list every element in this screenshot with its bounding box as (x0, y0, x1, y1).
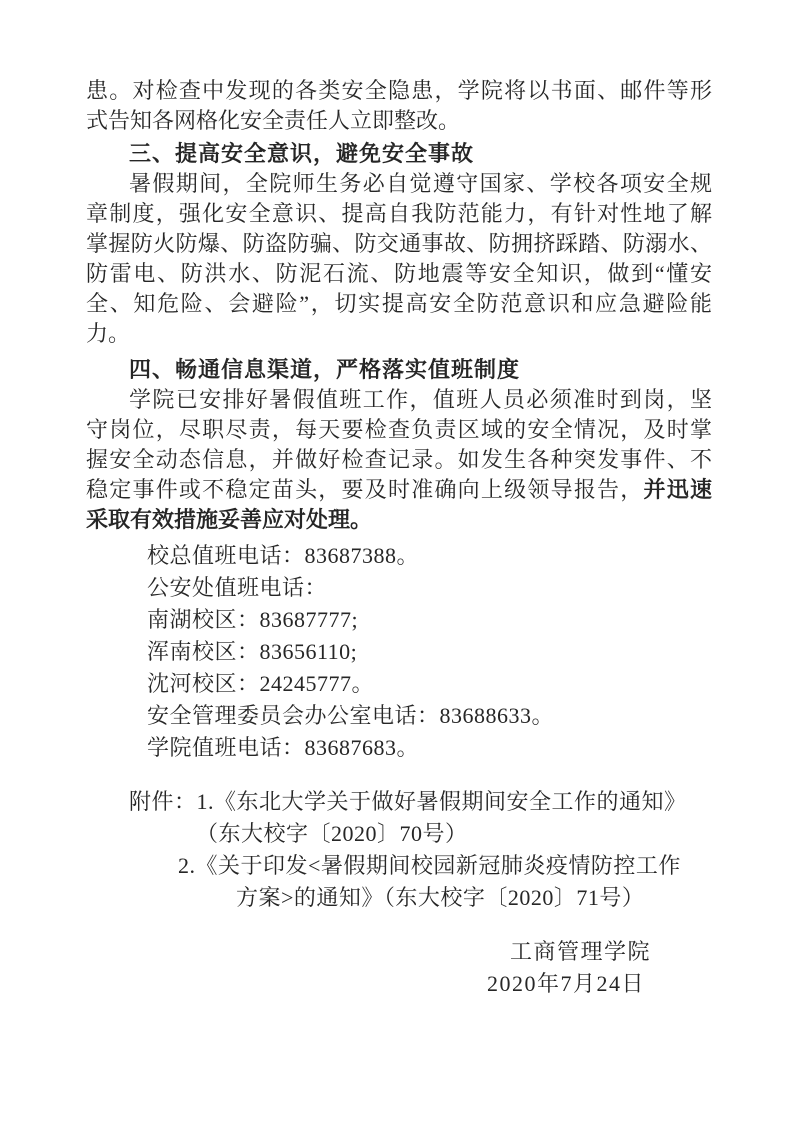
contact-line-hunnan: 浑南校区：83656110; (86, 636, 712, 668)
signature-date: 2020年7月24日 (86, 968, 712, 1000)
signature-block: 工商管理学院 2020年7月24日 (86, 936, 712, 1000)
paragraph-line: 握安全动态信息，并做好检查记录。如发生各种突发事件、不 (86, 445, 712, 475)
paragraph-line: 稳定事件或不稳定苗头，要及时准确向上级领导报告，并迅速 (86, 475, 712, 505)
contact-line-security-office: 公安处值班电话： (86, 572, 712, 604)
paragraph-text: 稳定事件或不稳定苗头，要及时准确向上级领导报告， (86, 477, 644, 502)
contact-line-shenhe: 沈河校区：24245777。 (86, 668, 712, 700)
paragraph-line: 暑假期间，全院师生务必自觉遵守国家、学校各项安全规 (86, 169, 712, 199)
document-body: 患。对检查中发现的各类安全隐患，学院将以书面、邮件等形 式告知各网格化安全责任人… (86, 76, 712, 1000)
emphasized-text: 并迅速 (644, 477, 712, 502)
attachment-item-2-docnumber: 方案>的通知》（东大校字〔2020〕71号） (86, 882, 712, 914)
paragraph-line: 全、知危险、会避险”，切实提高安全防范意识和应急避险能 (86, 289, 712, 319)
paragraph-line: 防雷电、防洪水、防泥石流、防地震等安全知识，做到“懂安 (86, 259, 712, 289)
paragraph-line: 患。对检查中发现的各类安全隐患，学院将以书面、邮件等形 (86, 76, 712, 106)
paragraph-line: 掌握防火防爆、防盗防骗、防交通事故、防拥挤踩踏、防溺水、 (86, 229, 712, 259)
paragraph-line: 力。 (86, 319, 712, 349)
attachment-item-1-docnumber: （东大校字〔2020〕70号） (86, 818, 712, 850)
paragraph-line: 学院已安排好暑假值班工作，值班人员必须准时到岗，坚 (86, 385, 712, 415)
section-three-heading: 三、提高安全意识，避免安全事故 (86, 139, 712, 169)
paragraph-line: 式告知各网格化安全责任人立即整改。 (86, 106, 712, 136)
contact-line-safety-committee: 安全管理委员会办公室电话：83688633。 (86, 700, 712, 732)
paragraph-line: 章制度，强化安全意识、提高自我防范能力，有针对性地了解 (86, 199, 712, 229)
paragraph-line: 守岗位，尽职尽责，每天要检查负责区域的安全情况，及时掌 (86, 415, 712, 445)
attachment-item-2: 2.《关于印发<暑假期间校园新冠肺炎疫情防控工作 (86, 850, 712, 882)
emphasized-line: 采取有效措施妥善应对处理。 (86, 505, 712, 535)
contact-list: 校总值班电话：83687388。 公安处值班电话： 南湖校区：83687777;… (86, 540, 712, 764)
document-page: 患。对检查中发现的各类安全隐患，学院将以书面、邮件等形 式告知各网格化安全责任人… (0, 0, 793, 1122)
contact-line-college-duty: 学院值班电话：83687683。 (86, 732, 712, 764)
contact-line-main-duty: 校总值班电话：83687388。 (86, 540, 712, 572)
section-four-heading: 四、畅通信息渠道，严格落实值班制度 (86, 355, 712, 385)
signature-organization: 工商管理学院 (86, 936, 712, 968)
attachment-item-1: 附件：1.《东北大学关于做好暑假期间安全工作的通知》 (86, 786, 712, 818)
contact-line-nanhu: 南湖校区：83687777; (86, 604, 712, 636)
attachment-list: 附件：1.《东北大学关于做好暑假期间安全工作的通知》 （东大校字〔2020〕70… (86, 786, 712, 914)
